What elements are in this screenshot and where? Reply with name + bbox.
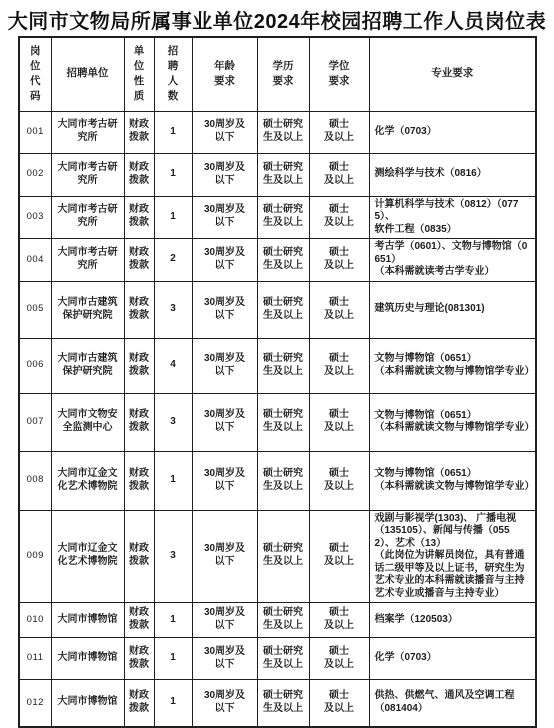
table-row: 011 大同市博物馆 财政 拨款 1 30周岁及 以下 硕士研究 生及以上 硕士…: [19, 638, 536, 680]
table-row: 006 大同市古建筑 保护研究院 财政 拨款 4 30周岁及 以下 硕士研究 生…: [19, 338, 536, 393]
cell-degree-requirement: 硕士 及以上: [309, 338, 369, 393]
cell-age-requirement: 30周岁及 以下: [192, 153, 257, 196]
cell-recruiting-unit: 大同市辽金文 化艺术博物院: [51, 451, 124, 510]
cell-recruit-count: 4: [154, 338, 192, 393]
cell-degree-requirement: 硕士 及以上: [309, 680, 369, 727]
cell-position-code: 012: [19, 680, 51, 727]
cell-position-code: 001: [19, 111, 51, 153]
cell-age-requirement: 30周岁及 以下: [192, 338, 257, 393]
cell-major-requirement: 测绘科学与技术（0816）: [369, 153, 536, 196]
cell-age-requirement: 30周岁及 以下: [192, 451, 257, 510]
cell-major-requirement: 化学（0703）: [369, 638, 536, 680]
cell-recruiting-unit: 大同市考古研 究所: [51, 111, 124, 153]
cell-major-requirement: 考古学（0601）、文物与博物馆（0651） （本科需就读考古学专业）: [369, 239, 536, 282]
cell-recruiting-unit: 大同市博物馆: [51, 680, 124, 727]
header-degree-requirement-label: 学位 要求: [329, 60, 350, 88]
cell-degree-requirement: 硕士 及以上: [309, 638, 369, 680]
header-degree-requirement: 学位 要求: [309, 37, 369, 111]
cell-education-requirement: 硕士研究 生及以上: [257, 239, 309, 282]
header-recruiting-unit: 招聘单位: [51, 37, 124, 111]
table-row: 005 大同市古建筑 保护研究院 财政 拨款 3 30周岁及 以下 硕士研究 生…: [19, 281, 536, 338]
cell-education-requirement: 硕士研究 生及以上: [257, 510, 309, 603]
cell-age-requirement: 30周岁及 以下: [192, 680, 257, 727]
cell-position-code: 010: [19, 603, 51, 638]
cell-unit-nature: 财政 拨款: [124, 196, 154, 239]
cell-education-requirement: 硕士研究 生及以上: [257, 451, 309, 510]
cell-recruit-count: 3: [154, 393, 192, 451]
page-title: 大同市文物局所属事业单位2024年校园招聘工作人员岗位表: [0, 5, 554, 34]
cell-position-code: 011: [19, 638, 51, 680]
header-recruiting-unit-label: 招聘单位: [67, 67, 109, 79]
cell-age-requirement: 30周岁及 以下: [192, 239, 257, 282]
cell-recruiting-unit: 大同市古建筑 保护研究院: [51, 338, 124, 393]
table-header: 岗位代码 招聘单位 单位性质 招聘人数 年龄 要求 学历 要求 学位 要求 专业…: [19, 37, 536, 111]
cell-unit-nature: 财政 拨款: [124, 239, 154, 282]
cell-education-requirement: 硕士研究 生及以上: [257, 281, 309, 338]
table-row: 010 大同市博物馆 财政 拨款 1 30周岁及 以下 硕士研究 生及以上 硕士…: [19, 603, 536, 638]
cell-recruiting-unit: 大同市博物馆: [51, 603, 124, 638]
cell-age-requirement: 30周岁及 以下: [192, 603, 257, 638]
cell-degree-requirement: 硕士 及以上: [309, 111, 369, 153]
cell-degree-requirement: 硕士 及以上: [309, 153, 369, 196]
cell-education-requirement: 硕士研究 生及以上: [257, 153, 309, 196]
cell-unit-nature: 财政 拨款: [124, 451, 154, 510]
cell-major-requirement: 文物与博物馆（0651） （本科需就读文物与博物馆学专业）: [369, 393, 536, 451]
header-age-requirement: 年龄 要求: [192, 37, 257, 111]
cell-major-requirement: 化学（0703）: [369, 111, 536, 153]
cell-recruit-count: 1: [154, 603, 192, 638]
cell-position-code: 003: [19, 196, 51, 239]
cell-recruit-count: 1: [154, 680, 192, 727]
cell-education-requirement: 硕士研究 生及以上: [257, 603, 309, 638]
cell-recruit-count: 3: [154, 510, 192, 603]
cell-unit-nature: 财政 拨款: [124, 638, 154, 680]
cell-recruiting-unit: 大同市文物安 全监测中心: [51, 393, 124, 451]
cell-age-requirement: 30周岁及 以下: [192, 510, 257, 603]
table-row: 012 大同市博物馆 财政 拨款 1 30周岁及 以下 硕士研究 生及以上 硕士…: [19, 680, 536, 727]
cell-recruit-count: 1: [154, 153, 192, 196]
table-row: 001 大同市考古研 究所 财政 拨款 1 30周岁及 以下 硕士研究 生及以上…: [19, 111, 536, 153]
cell-unit-nature: 财政 拨款: [124, 680, 154, 727]
cell-education-requirement: 硕士研究 生及以上: [257, 111, 309, 153]
cell-position-code: 002: [19, 153, 51, 196]
cell-degree-requirement: 硕士 及以上: [309, 451, 369, 510]
cell-age-requirement: 30周岁及 以下: [192, 638, 257, 680]
cell-recruiting-unit: 大同市考古研 究所: [51, 239, 124, 282]
cell-major-requirement: 文物与博物馆（0651） （本科需就读文物与博物馆学专业）: [369, 338, 536, 393]
cell-degree-requirement: 硕士 及以上: [309, 393, 369, 451]
cell-education-requirement: 硕士研究 生及以上: [257, 196, 309, 239]
cell-unit-nature: 财政 拨款: [124, 510, 154, 603]
positions-table: 岗位代码 招聘单位 单位性质 招聘人数 年龄 要求 学历 要求 学位 要求 专业…: [18, 36, 537, 728]
cell-unit-nature: 财政 拨款: [124, 153, 154, 196]
cell-major-requirement: 供热、供燃气、通风及空调工程 （081404）: [369, 680, 536, 727]
header-education-requirement: 学历 要求: [257, 37, 309, 111]
cell-recruiting-unit: 大同市古建筑 保护研究院: [51, 281, 124, 338]
table-row: 004 大同市考古研 究所 财政 拨款 2 30周岁及 以下 硕士研究 生及以上…: [19, 239, 536, 282]
header-major-requirement: 专业要求: [369, 37, 536, 111]
cell-position-code: 006: [19, 338, 51, 393]
table-body: 001 大同市考古研 究所 财政 拨款 1 30周岁及 以下 硕士研究 生及以上…: [19, 111, 536, 727]
header-position-code-label: 岗位代码: [30, 44, 41, 105]
cell-unit-nature: 财政 拨款: [124, 338, 154, 393]
cell-unit-nature: 财政 拨款: [124, 111, 154, 153]
cell-recruiting-unit: 大同市博物馆: [51, 638, 124, 680]
cell-major-requirement: 戏剧与影视学(1303)、 广播电视（135105）、新闻与传播（0552）、艺…: [369, 510, 536, 603]
cell-recruit-count: 1: [154, 196, 192, 239]
cell-unit-nature: 财政 拨款: [124, 393, 154, 451]
table-row: 003 大同市考古研 究所 财政 拨款 1 30周岁及 以下 硕士研究 生及以上…: [19, 196, 536, 239]
cell-degree-requirement: 硕士 及以上: [309, 196, 369, 239]
cell-unit-nature: 财政 拨款: [124, 603, 154, 638]
cell-education-requirement: 硕士研究 生及以上: [257, 338, 309, 393]
header-unit-nature: 单位性质: [124, 37, 154, 111]
cell-major-requirement: 建筑历史与理论(081301): [369, 281, 536, 338]
cell-degree-requirement: 硕士 及以上: [309, 510, 369, 603]
header-education-requirement-label: 学历 要求: [273, 60, 294, 88]
header-recruit-count-label: 招聘人数: [167, 44, 178, 105]
cell-degree-requirement: 硕士 及以上: [309, 603, 369, 638]
cell-education-requirement: 硕士研究 生及以上: [257, 638, 309, 680]
cell-major-requirement: 档案学（120503）: [369, 603, 536, 638]
header-major-requirement-label: 专业要求: [431, 67, 473, 79]
cell-recruiting-unit: 大同市辽金文 化艺术博物院: [51, 510, 124, 603]
cell-position-code: 007: [19, 393, 51, 451]
cell-position-code: 009: [19, 510, 51, 603]
header-recruit-count: 招聘人数: [154, 37, 192, 111]
header-position-code: 岗位代码: [19, 37, 51, 111]
table-row: 008 大同市辽金文 化艺术博物院 财政 拨款 1 30周岁及 以下 硕士研究 …: [19, 451, 536, 510]
header-unit-nature-label: 单位性质: [133, 44, 144, 105]
cell-degree-requirement: 硕士 及以上: [309, 239, 369, 282]
cell-position-code: 004: [19, 239, 51, 282]
cell-major-requirement: 计算机科学与技术（0812）（0775）、 软件工程（0835）: [369, 196, 536, 239]
cell-age-requirement: 30周岁及 以下: [192, 393, 257, 451]
cell-major-requirement: 文物与博物馆（0651） （本科需就读文物与博物馆学专业）: [369, 451, 536, 510]
header-age-requirement-label: 年龄 要求: [214, 60, 235, 88]
header-row: 岗位代码 招聘单位 单位性质 招聘人数 年龄 要求 学历 要求 学位 要求 专业…: [19, 37, 536, 111]
cell-recruit-count: 2: [154, 239, 192, 282]
table-row: 007 大同市文物安 全监测中心 财政 拨款 3 30周岁及 以下 硕士研究 生…: [19, 393, 536, 451]
cell-education-requirement: 硕士研究 生及以上: [257, 393, 309, 451]
cell-recruiting-unit: 大同市考古研 究所: [51, 153, 124, 196]
cell-age-requirement: 30周岁及 以下: [192, 196, 257, 239]
cell-age-requirement: 30周岁及 以下: [192, 111, 257, 153]
cell-recruit-count: 3: [154, 281, 192, 338]
cell-unit-nature: 财政 拨款: [124, 281, 154, 338]
cell-recruit-count: 1: [154, 111, 192, 153]
table-row: 002 大同市考古研 究所 财政 拨款 1 30周岁及 以下 硕士研究 生及以上…: [19, 153, 536, 196]
cell-age-requirement: 30周岁及 以下: [192, 281, 257, 338]
cell-recruiting-unit: 大同市考古研 究所: [51, 196, 124, 239]
cell-degree-requirement: 硕士 及以上: [309, 281, 369, 338]
cell-position-code: 005: [19, 281, 51, 338]
cell-recruit-count: 1: [154, 638, 192, 680]
cell-position-code: 008: [19, 451, 51, 510]
cell-education-requirement: 硕士研究 生及以上: [257, 680, 309, 727]
cell-recruit-count: 1: [154, 451, 192, 510]
table-row: 009 大同市辽金文 化艺术博物院 财政 拨款 3 30周岁及 以下 硕士研究 …: [19, 510, 536, 603]
